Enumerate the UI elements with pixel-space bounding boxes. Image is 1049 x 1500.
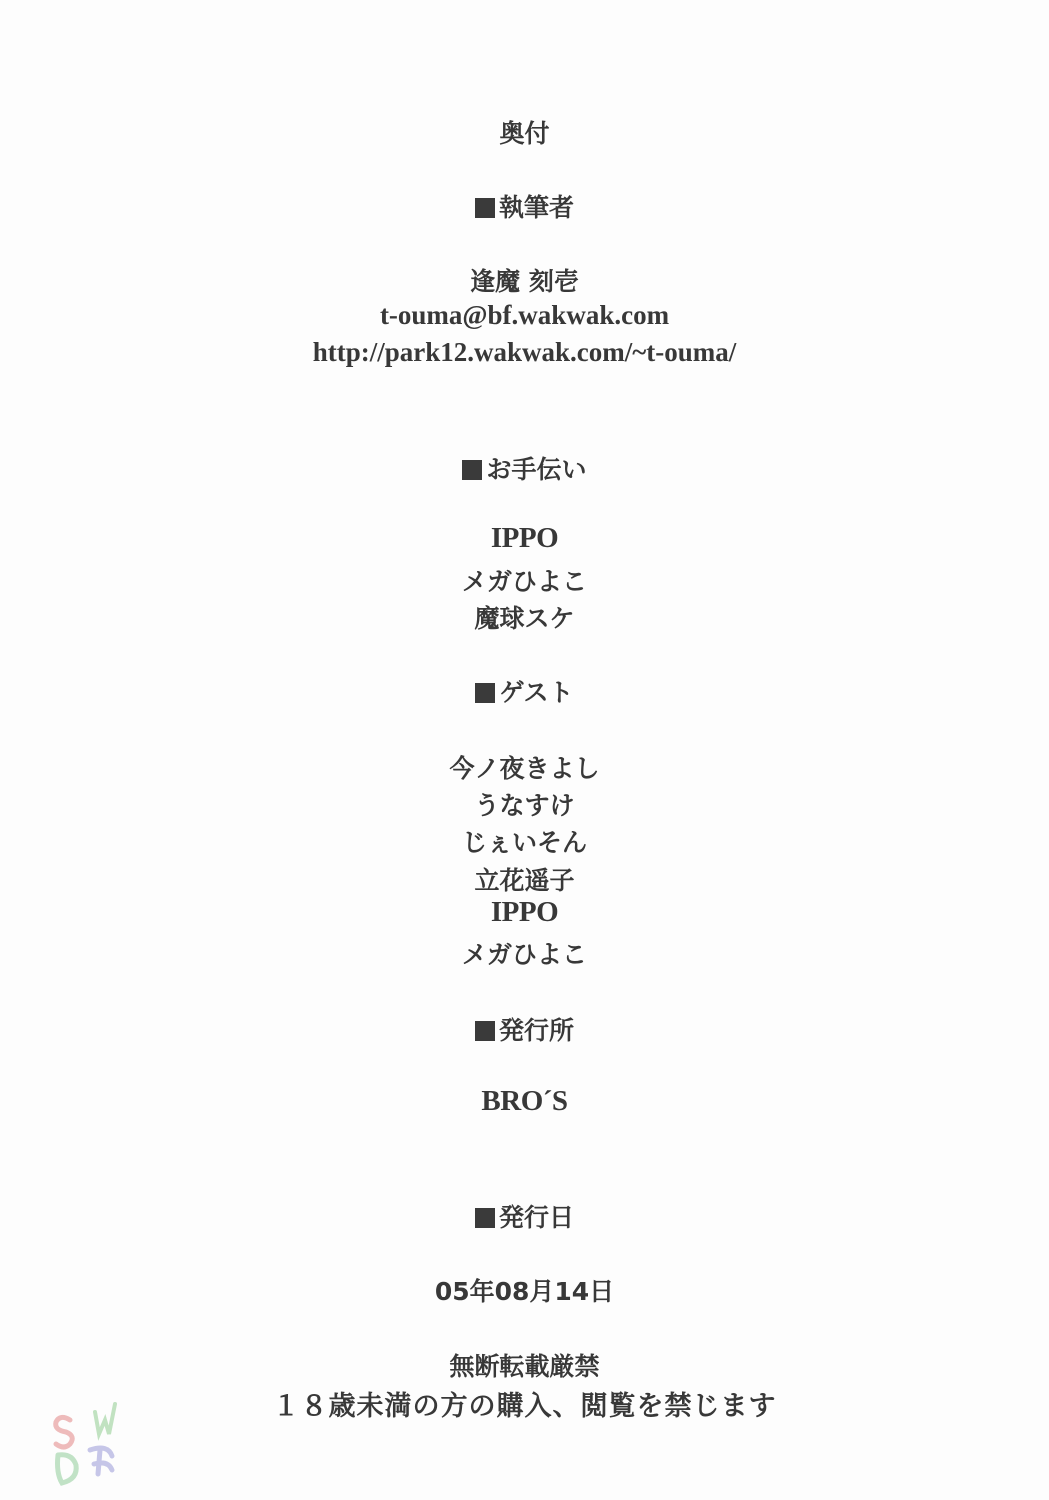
guest-name: IPPO xyxy=(0,896,1049,929)
author-heading-label: 執筆者 xyxy=(499,193,574,222)
square-bullet-icon xyxy=(475,683,495,703)
assist-heading-label: お手伝い xyxy=(486,455,586,484)
guest-name: メガひよこ xyxy=(0,935,1049,971)
no-reprint-notice: 無断転載厳禁 xyxy=(0,1347,1049,1383)
author-email: t-ouma@bf.wakwak.com xyxy=(0,300,1049,331)
guest-name: 今ノ夜きよし xyxy=(0,749,1049,785)
age-restriction-notice: １８歳未満の方の購入、閲覧を禁じます xyxy=(0,1384,1049,1423)
assist-name: IPPO xyxy=(0,522,1049,555)
publish-date: 05年08月14日 xyxy=(0,1272,1049,1308)
date-heading-label: 発行日 xyxy=(499,1203,574,1232)
guest-heading: ゲスト xyxy=(0,673,1049,709)
author-heading: 執筆者 xyxy=(0,188,1049,224)
author-url: http://park12.wakwak.com/~t-ouma/ xyxy=(0,337,1049,368)
guest-heading-label: ゲスト xyxy=(499,678,573,707)
publisher-heading: 発行所 xyxy=(0,1011,1049,1047)
guest-name: じぇいそん xyxy=(0,823,1049,859)
assist-name: 魔球スケ xyxy=(0,599,1049,635)
assist-heading: お手伝い xyxy=(0,450,1049,486)
guest-name: 立花遥子 xyxy=(0,861,1049,897)
watermark-logo xyxy=(40,1400,140,1490)
date-heading: 発行日 xyxy=(0,1198,1049,1234)
square-bullet-icon xyxy=(475,1021,495,1041)
assist-name: メガひよこ xyxy=(0,562,1049,598)
author-name: 逢魔 刻壱 xyxy=(0,262,1049,298)
square-bullet-icon xyxy=(475,1208,495,1228)
page-title: 奥付 xyxy=(0,114,1049,150)
square-bullet-icon xyxy=(475,198,495,218)
publisher-name: BRO´S xyxy=(0,1085,1049,1118)
guest-name: うなすけ xyxy=(0,786,1049,822)
publisher-heading-label: 発行所 xyxy=(499,1016,574,1045)
square-bullet-icon xyxy=(462,460,482,480)
